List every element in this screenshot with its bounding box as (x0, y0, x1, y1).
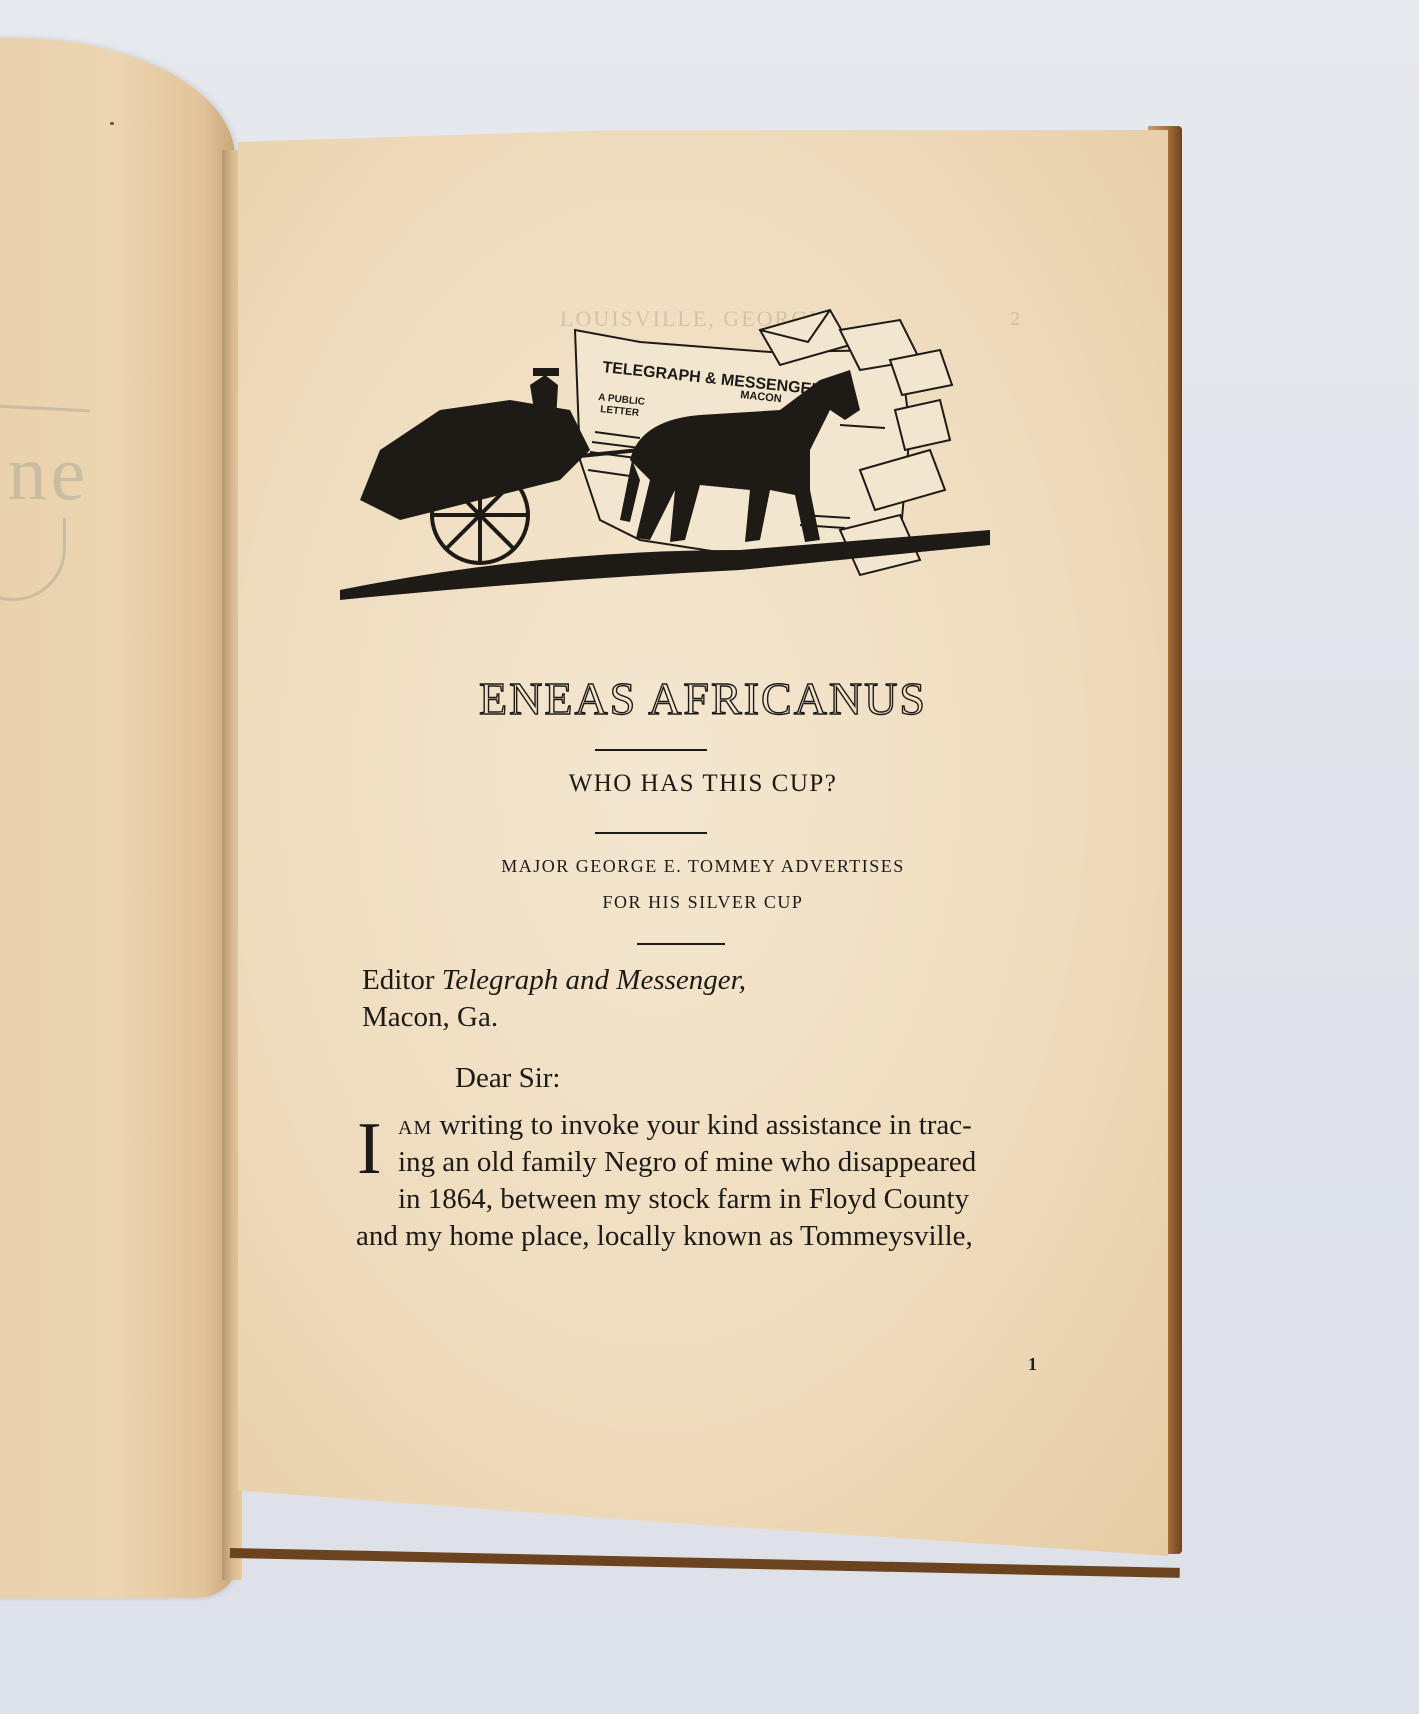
page-number: 1 (1028, 1354, 1037, 1375)
page-title: ENEAS AFRICANUS (238, 672, 1168, 725)
book-cover-bottom-edge (230, 1548, 1180, 1578)
ghost-ornament-icon (0, 518, 66, 601)
heading-line-2: FOR HIS SILVER CUP (238, 892, 1168, 913)
bleed-through-page-number: 2 (1010, 300, 1020, 338)
address-prefix: Editor (362, 964, 442, 996)
body-line-3: in 1864, between my stock farm in Floyd … (398, 1183, 969, 1216)
heading-rule (637, 943, 725, 945)
cart-and-horse-illustration: TELEGRAPH & MESSENGER MACON A PUBLIC LET… (340, 300, 1000, 640)
body-line-2: ing an old family Negro of mine who disa… (398, 1146, 976, 1179)
body-line-1: AM writing to invoke your kind assistanc… (398, 1109, 972, 1142)
salutation: Dear Sir: (455, 1062, 561, 1095)
body-line-4: and my home place, locally known as Tomm… (356, 1220, 973, 1253)
small-caps-word: AM (398, 1117, 432, 1139)
title-rule (595, 749, 707, 751)
address-line-1: Editor Telegraph and Messenger, (362, 964, 746, 997)
subtitle-rule (595, 832, 707, 834)
heading-line-1: MAJOR GEORGE E. TOMMEY ADVERTISES (238, 856, 1168, 877)
ghost-rule (0, 403, 90, 413)
drop-cap: I (357, 1112, 382, 1186)
paper-speck (110, 122, 114, 125)
address-line-2: Macon, Ga. (362, 1001, 498, 1034)
left-page: Ene (0, 38, 235, 1598)
hay-cart (360, 368, 590, 520)
newspaper-name: Telegraph and Messenger, (442, 964, 746, 996)
left-page-ghost-title: Ene (0, 398, 100, 618)
page-subtitle: WHO HAS THIS CUP? (238, 770, 1168, 798)
ghost-word: Ene (0, 428, 89, 518)
